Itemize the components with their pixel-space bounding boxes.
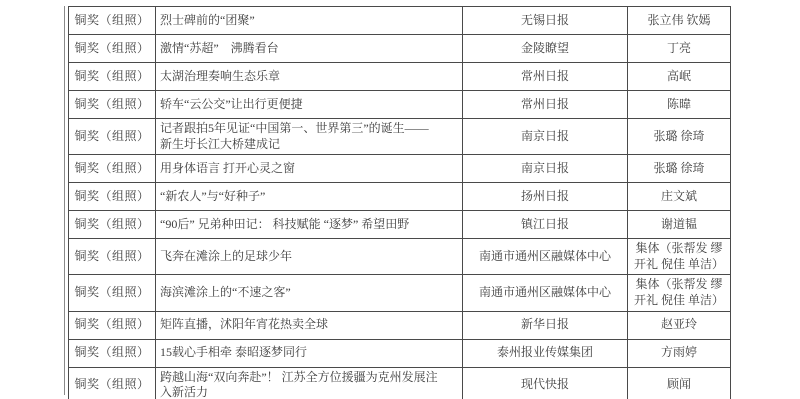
title-cell: 记者跟拍5年见证“中国第一、世界第三”的诞生—— 新生圩长江大桥建成记 [156,119,463,155]
award-cell: 铜奖（组照） [69,35,156,63]
award-cell: 铜奖（组照） [69,275,156,311]
award-cell: 铜奖（组照） [69,7,156,35]
table-row: 铜奖（组照） 记者跟拍5年见证“中国第一、世界第三”的诞生—— 新生圩长江大桥建… [69,119,731,155]
org-cell: 南京日报 [463,155,628,183]
table-row: 铜奖（组照） 轿车“云公交”让出行更便捷 常州日报 陈暐 [69,91,731,119]
title-cell: 轿车“云公交”让出行更便捷 [156,91,463,119]
authors-cell: 方雨婷 [628,339,731,367]
title-cell: 跨越山海“双向奔赴”！ 江苏全方位援疆为克州发展注 入新活力 [156,367,463,399]
title-cell: 海滨滩涂上的“不速之客” [156,275,463,311]
org-cell: 新华日报 [463,311,628,339]
award-cell: 铜奖（组照） [69,211,156,239]
org-cell: 常州日报 [463,91,628,119]
table-row: 铜奖（组照） 15载心手相牵 泰昭逐梦同行 泰州报业传媒集团 方雨婷 [69,339,731,367]
title-cell: “新农人”与“好种子” [156,183,463,211]
authors-cell: 谢道韫 [628,211,731,239]
awards-table: 铜奖（组照） 烈士碑前的“团聚” 无锡日报 张立伟 钦嫣 铜奖（组照） 激情“苏… [68,6,731,399]
authors-cell: 丁亮 [628,35,731,63]
org-cell: 南京日报 [463,119,628,155]
title-cell: 激情“苏超” 沸腾看台 [156,35,463,63]
org-cell: 镇江日报 [463,211,628,239]
award-cell: 铜奖（组照） [69,183,156,211]
authors-cell: 张璐 徐琦 [628,155,731,183]
table-row: 铜奖（组照） 激情“苏超” 沸腾看台 金陵瞭望 丁亮 [69,35,731,63]
authors-cell: 高岷 [628,63,731,91]
title-cell: 用身体语言 打开心灵之窗 [156,155,463,183]
org-cell: 扬州日报 [463,183,628,211]
table-row: 铜奖（组照） 矩阵直播，沭阳年宵花热卖全球 新华日报 赵亚玲 [69,311,731,339]
award-cell: 铜奖（组照） [69,367,156,399]
awards-table-body: 铜奖（组照） 烈士碑前的“团聚” 无锡日报 张立伟 钦嫣 铜奖（组照） 激情“苏… [69,7,731,399]
org-cell: 南通市通州区融媒体中心 [463,239,628,275]
title-cell: 烈士碑前的“团聚” [156,7,463,35]
table-row: 铜奖（组照） 跨越山海“双向奔赴”！ 江苏全方位援疆为克州发展注 入新活力 现代… [69,367,731,399]
org-cell: 泰州报业传媒集团 [463,339,628,367]
award-cell: 铜奖（组照） [69,63,156,91]
title-cell: 飞奔在滩涂上的足球少年 [156,239,463,275]
org-cell: 南通市通州区融媒体中心 [463,275,628,311]
award-cell: 铜奖（组照） [69,339,156,367]
document-page: 铜奖（组照） 烈士碑前的“团聚” 无锡日报 张立伟 钦嫣 铜奖（组照） 激情“苏… [0,0,800,399]
org-cell: 现代快报 [463,367,628,399]
authors-cell: 张璐 徐琦 [628,119,731,155]
authors-cell: 庄文斌 [628,183,731,211]
title-cell: “90后” 兄弟种田记： 科技赋能 “逐梦” 希望田野 [156,211,463,239]
table-row: 铜奖（组照） “新农人”与“好种子” 扬州日报 庄文斌 [69,183,731,211]
table-row: 铜奖（组照） 海滨滩涂上的“不速之客” 南通市通州区融媒体中心 集体（张帮发 缪… [69,275,731,311]
authors-cell: 集体（张帮发 缪开礼 倪佳 单洁） [628,275,731,311]
award-cell: 铜奖（组照） [69,155,156,183]
table-row: 铜奖（组照） 飞奔在滩涂上的足球少年 南通市通州区融媒体中心 集体（张帮发 缪开… [69,239,731,275]
title-cell: 矩阵直播，沭阳年宵花热卖全球 [156,311,463,339]
authors-cell: 集体（张帮发 缪开礼 倪佳 单洁） [628,239,731,275]
title-cell: 15载心手相牵 泰昭逐梦同行 [156,339,463,367]
org-cell: 金陵瞭望 [463,35,628,63]
table-row: 铜奖（组照） 太湖治理奏响生态乐章 常州日报 高岷 [69,63,731,91]
authors-cell: 顾闻 [628,367,731,399]
authors-cell: 张立伟 钦嫣 [628,7,731,35]
authors-cell: 陈暐 [628,91,731,119]
award-cell: 铜奖（组照） [69,239,156,275]
award-cell: 铜奖（组照） [69,311,156,339]
authors-cell: 赵亚玲 [628,311,731,339]
award-cell: 铜奖（组照） [69,91,156,119]
org-cell: 常州日报 [463,63,628,91]
cropped-table-edge [64,6,65,395]
title-cell: 太湖治理奏响生态乐章 [156,63,463,91]
table-row: 铜奖（组照） “90后” 兄弟种田记： 科技赋能 “逐梦” 希望田野 镇江日报 … [69,211,731,239]
award-cell: 铜奖（组照） [69,119,156,155]
table-row: 铜奖（组照） 用身体语言 打开心灵之窗 南京日报 张璐 徐琦 [69,155,731,183]
table-row: 铜奖（组照） 烈士碑前的“团聚” 无锡日报 张立伟 钦嫣 [69,7,731,35]
org-cell: 无锡日报 [463,7,628,35]
